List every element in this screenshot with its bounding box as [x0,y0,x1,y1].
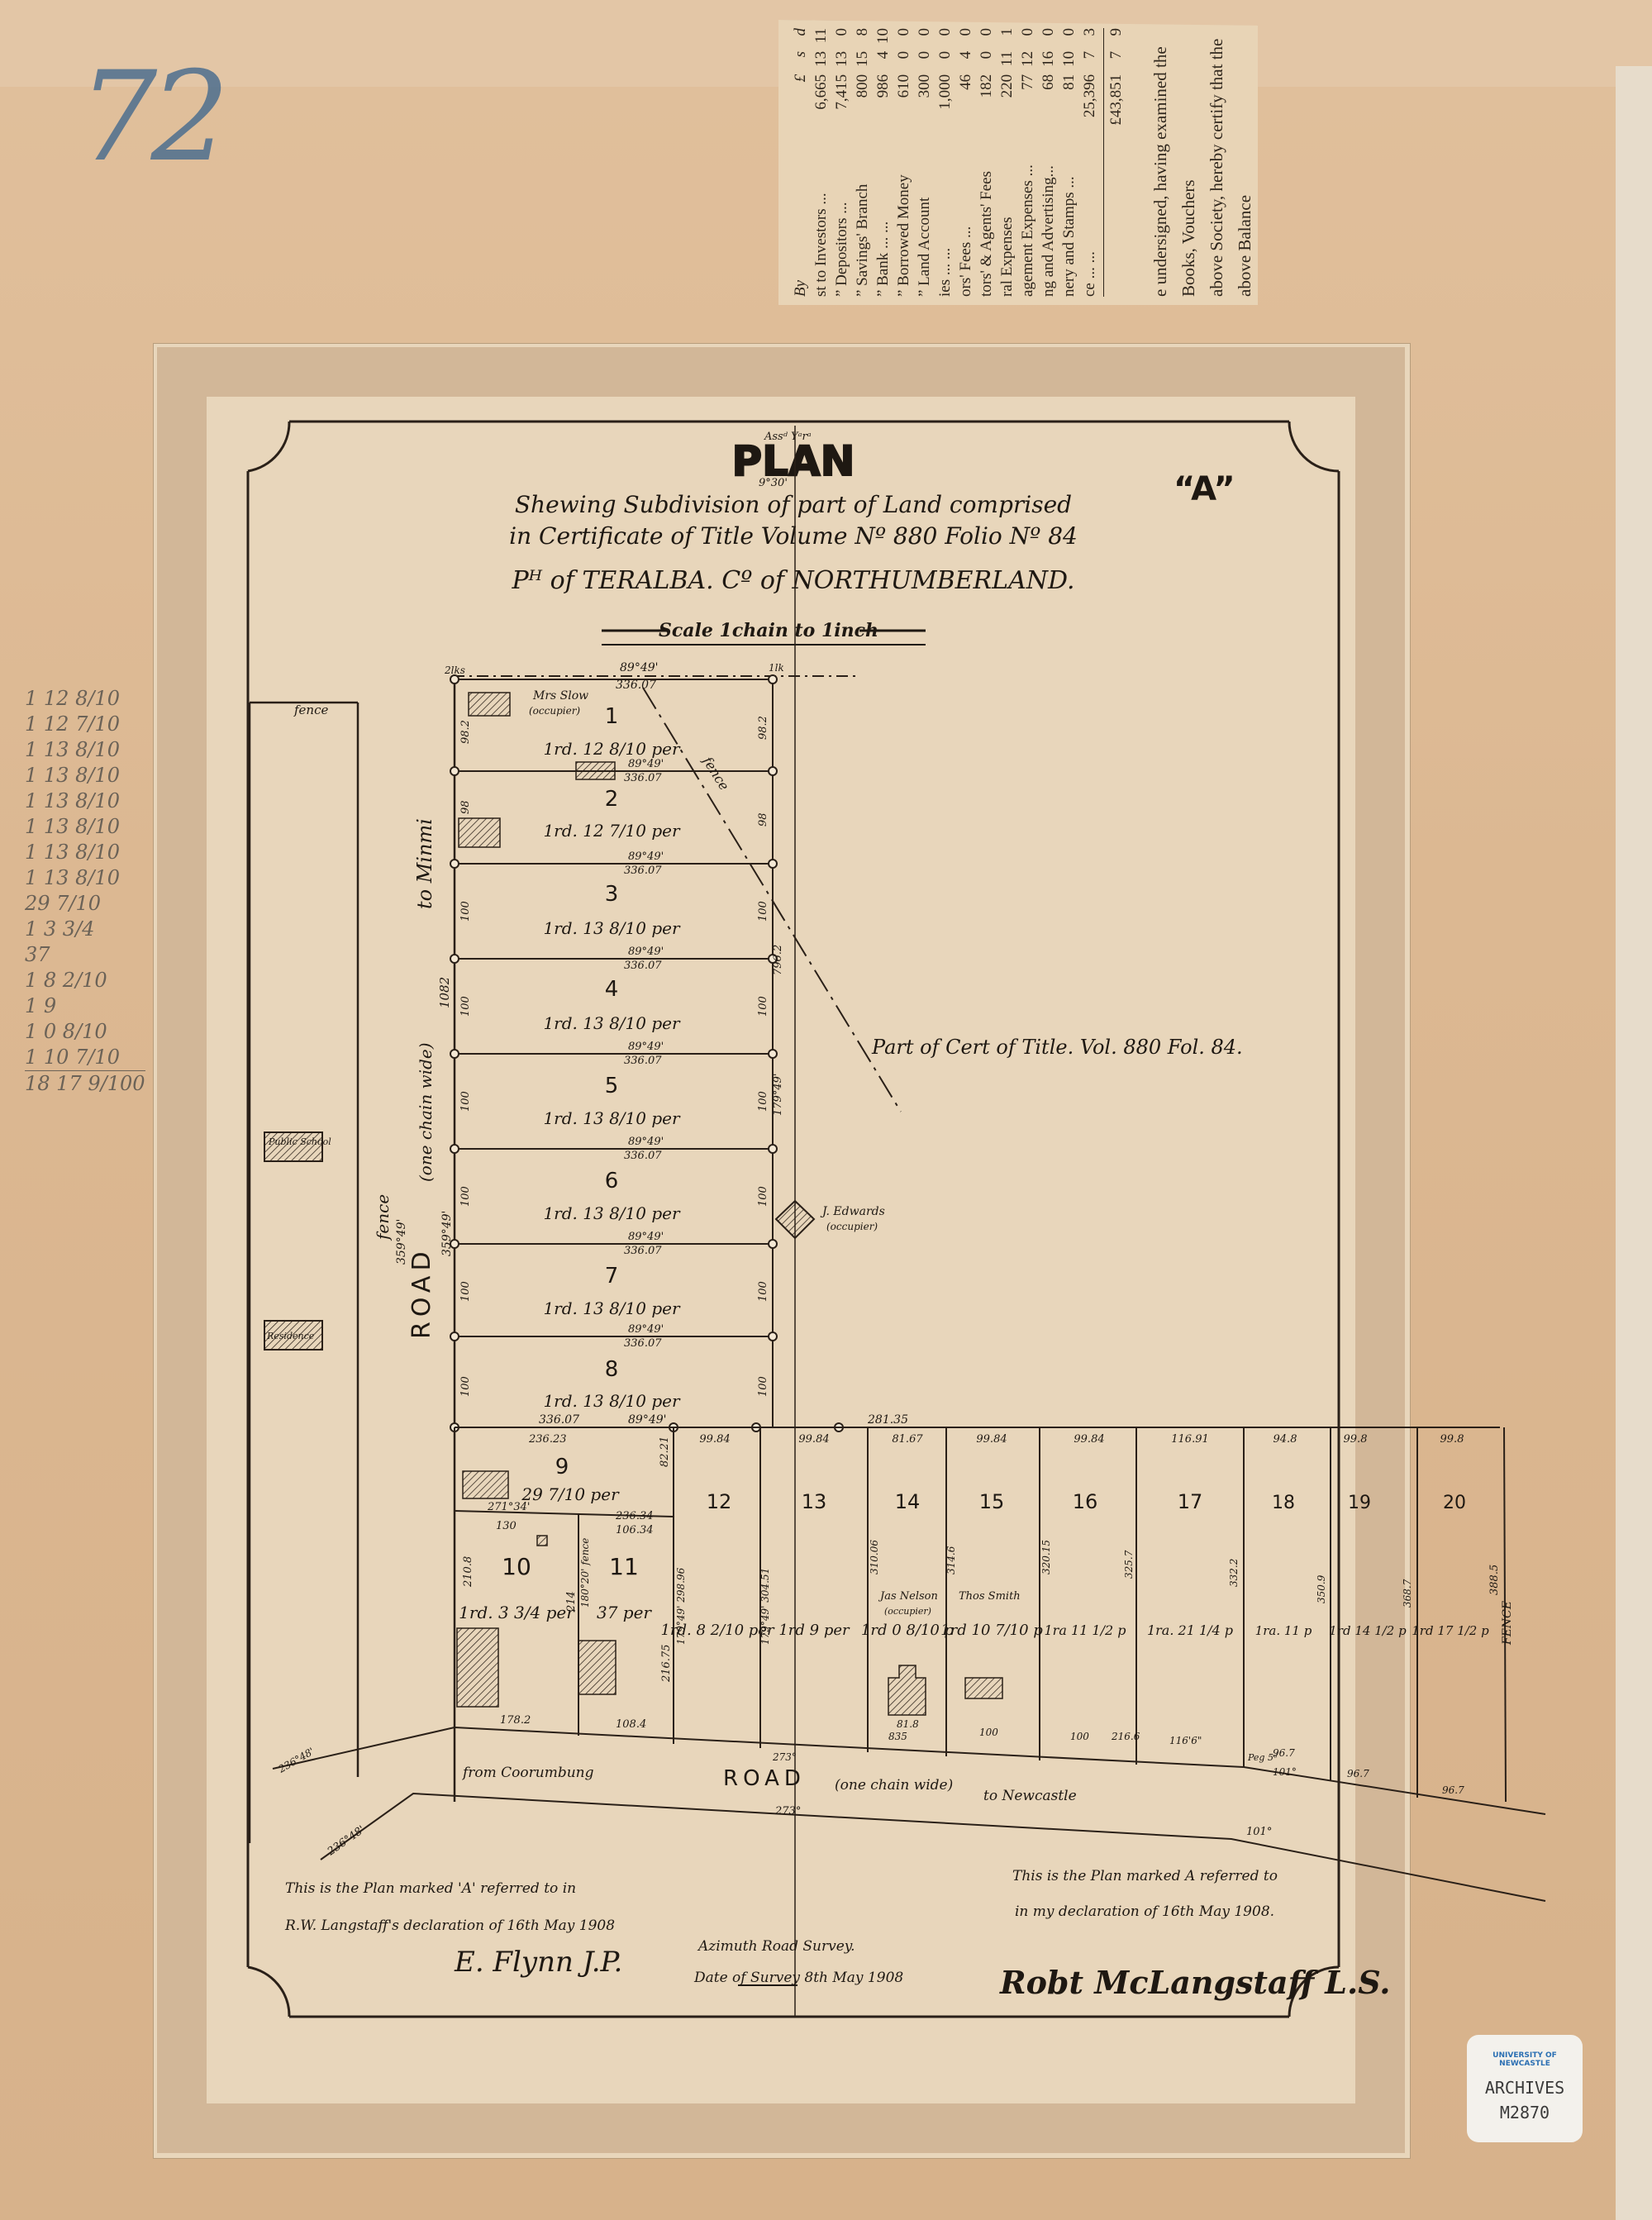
svg-text:100: 100 [757,1186,769,1207]
lot-20: 99.8 20 1rd 17 1/2 p 368.7 96.7 [1402,1433,1489,1796]
svg-text:89°49': 89°49' [628,1041,664,1053]
top-left-mark: 2lks [444,665,465,676]
svg-text:236.23: 236.23 [528,1433,567,1446]
declaration-right-2: in my declaration of 16th May 1908. [1015,1903,1274,1920]
west-road-width: (one chain wide) [416,1042,436,1182]
svg-text:100: 100 [757,1281,769,1302]
svg-text:1rd 14 1/2 p: 1rd 14 1/2 p [1329,1623,1407,1638]
svg-text:1ra 11 1/2 p: 1ra 11 1/2 p [1045,1622,1126,1638]
svg-text:Thos Smith: Thos Smith [959,1590,1021,1603]
svg-text:336.07: 336.07 [624,1055,662,1067]
svg-text:Public School: Public School [268,1136,331,1147]
occupant-mrs-slow: Mrs Slow [532,689,588,703]
corner-bearing-lower: 236°48' [325,1823,368,1858]
svg-text:310.06: 310.06 [869,1540,880,1574]
line-336: 336.07 [539,1413,579,1427]
svg-text:100: 100 [459,1281,472,1302]
declaration-right-1: This is the Plan marked A referred to [1012,1868,1278,1884]
south-road-to: to Newcastle [983,1788,1077,1804]
svg-text:20: 20 [1443,1493,1466,1513]
svg-text:(occupier): (occupier) [884,1606,931,1617]
lot-19: 99.8 19 1rd 14 1/2 p 350.9 96.7 [1316,1433,1407,1779]
svg-text:89°49': 89°49' [628,758,664,770]
lot-2: 2 1rd. 12 7/10 per [543,787,681,841]
svg-text:336.07: 336.07 [624,865,662,877]
line-835: 835 [888,1731,907,1742]
edwards-house [776,1201,814,1238]
lot-17: 116.91 17 1ra. 21 1/4 p 325.7 116'6" [1123,1433,1233,1746]
svg-text:29 7/10 per: 29 7/10 per [521,1484,620,1504]
subdivision-plan-drawing: PLAN Assᵈ Yᵃrᵃ 9°30' Shewing Subdivision… [0,0,1652,2220]
svg-text:100: 100 [757,1376,769,1397]
svg-text:98.2: 98.2 [757,716,769,740]
declaration-left-1: This is the Plan marked 'A' referred to … [285,1880,576,1897]
svg-text:1rd. 13 8/10 per: 1rd. 13 8/10 per [543,1203,681,1223]
svg-text:81.8: 81.8 [897,1718,919,1730]
svg-text:99.84: 99.84 [798,1433,829,1446]
declaration-left-2: R.W. Langstaff's declaration of 16th May… [284,1917,615,1934]
plan-subtitle-1: Shewing Subdivision of part of Land comp… [515,491,1072,518]
north-note: Assᵈ Yᵃrᵃ [764,431,812,443]
svg-text:89°49': 89°49' [628,946,664,958]
lot-6: 6 1rd. 13 8/10 per [543,1169,681,1223]
svg-text:11: 11 [609,1553,639,1580]
lot-4: 4 1rd. 13 8/10 per [543,977,681,1033]
svg-text:89°49': 89°49' [628,1413,666,1427]
svg-text:108.4: 108.4 [616,1718,646,1731]
svg-text:116.91: 116.91 [1171,1433,1209,1446]
svg-text:1ra. 21 1/4 p: 1ra. 21 1/4 p [1147,1622,1233,1638]
svg-text:100: 100 [1070,1731,1089,1742]
svg-text:19: 19 [1348,1493,1371,1513]
archive-collection: ARCHIVES [1467,2078,1583,2098]
svg-text:216.75: 216.75 [660,1645,673,1684]
west-fence-label: fence [293,703,328,717]
svg-text:96.7: 96.7 [1347,1768,1369,1779]
svg-text:15: 15 [979,1490,1005,1513]
west-fence-bearing: 359°49' [395,1219,408,1265]
svg-text:8: 8 [605,1357,619,1382]
svg-text:100: 100 [757,996,769,1017]
lot-5: 5 1rd. 13 8/10 per [543,1074,681,1128]
lot-11: 236.34 106.34 11 37 per 180°20' fence 21… [578,1510,673,1731]
west-road-direction: to Minmi [413,818,436,909]
west-road-label: ROAD [407,1246,436,1339]
svg-text:210.8: 210.8 [462,1556,474,1588]
svg-text:89°49': 89°49' [628,850,664,863]
svg-text:9: 9 [555,1455,569,1479]
svg-text:350.9: 350.9 [1316,1574,1327,1603]
svg-text:98.2: 98.2 [459,720,472,744]
svg-text:Residence: Residence [266,1331,315,1341]
svg-text:98: 98 [459,800,472,814]
line-281: 281.35 [867,1413,908,1427]
svg-text:1rd. 13 8/10 per: 1rd. 13 8/10 per [543,1391,681,1411]
south-road-label: ROAD [723,1766,806,1791]
south-road-from: from Coorumbung [461,1765,594,1781]
svg-text:178.2: 178.2 [500,1714,531,1727]
svg-text:89°49': 89°49' [628,1323,664,1336]
svg-text:99.84: 99.84 [1074,1433,1104,1446]
svg-text:99.8: 99.8 [1344,1433,1368,1446]
public-school-building: Public School [264,1132,331,1161]
svg-text:101°: 101° [1273,1766,1297,1778]
svg-text:100: 100 [459,1091,472,1112]
lot-10: 130 10 1rd. 3 3/4 per 210.8 214 178.2 [457,1520,578,1727]
residence-building: Residence [264,1321,322,1350]
lot-16: 99.84 16 1ra 11 1/2 p 320.15 100 216.6 [1040,1433,1140,1742]
svg-text:7: 7 [605,1264,619,1289]
svg-text:336.07: 336.07 [624,960,662,972]
svg-text:1ra. 11 p: 1ra. 11 p [1255,1623,1312,1638]
svg-text:1rd. 13 8/10 per: 1rd. 13 8/10 per [543,918,681,938]
svg-text:100: 100 [459,1186,472,1207]
west-road-bearing: 359°49' [440,1211,454,1256]
svg-text:89°49': 89°49' [628,1136,664,1148]
svg-text:Jas Nelson: Jas Nelson [878,1590,938,1603]
peg-5d: Peg 5ᵈ [1247,1752,1278,1763]
north-angle: 9°30' [759,477,788,489]
svg-text:116'6": 116'6" [1169,1735,1202,1746]
svg-text:100: 100 [757,901,769,922]
archive-label: UNIVERSITY OF NEWCASTLE ARCHIVES M2870 [1467,2035,1583,2142]
svg-text:16: 16 [1073,1490,1098,1513]
lot-15: 99.84 15 1rd 10 7/10 p 314.6 Thos Smith … [940,1433,1043,1738]
svg-text:336.07: 336.07 [624,772,662,784]
lot-3: 3 1rd. 13 8/10 per [543,882,681,938]
survey-date: Date of Survey 8th May 1908 [693,1970,903,1986]
top-right-mark: 1lk [769,662,784,674]
svg-text:179°49' 298.96: 179°49' 298.96 [675,1567,687,1645]
svg-text:(occupier): (occupier) [826,1221,878,1232]
svg-text:6: 6 [605,1169,619,1193]
svg-text:1rd 9 per: 1rd 9 per [778,1622,850,1639]
svg-text:100: 100 [459,1376,472,1397]
svg-text:320.15: 320.15 [1040,1540,1052,1574]
lot-18: 94.8 18 1ra. 11 p 332.2 96.7 Peg 5ᵈ [1228,1433,1312,1763]
surveyor-signature: Robt McLangstaff L.S. [999,1964,1391,2001]
svg-text:99.84: 99.84 [699,1433,730,1446]
svg-text:99.84: 99.84 [976,1433,1007,1446]
svg-text:2: 2 [605,787,619,812]
svg-text:89°49': 89°49' [628,1231,664,1243]
svg-text:180°20' fence: 180°20' fence [579,1538,591,1608]
south-road-bearing-east: 101° [1246,1826,1272,1838]
north-lot-side-lengths: 98.2 98.2 98 98 100 100 100 100 100 100 … [459,716,784,1397]
svg-text:4: 4 [605,977,619,1002]
plan-parish-county: Pᴴ of TERALBA. Cº of NORTHUMBERLAND. [511,566,1074,595]
svg-text:1rd. 12 8/10 per: 1rd. 12 8/10 per [543,739,681,759]
lot-7: 7 1rd. 13 8/10 per [543,1264,681,1318]
jp-signature: E. Flynn J.P. [454,1946,622,1979]
lot-9: 236.23 9 29 7/10 per 82.21 271°34' [463,1433,671,1513]
svg-text:82.21: 82.21 [659,1436,671,1467]
top-bearing: 89°49' [620,661,658,674]
lot-13: 99.84 13 1rd 9 per 179°49' 304.51 [759,1433,850,1645]
svg-text:336.07: 336.07 [624,1337,662,1350]
svg-text:18: 18 [1272,1493,1295,1513]
svg-text:14: 14 [895,1490,921,1513]
plan-title: PLAN [731,437,855,485]
svg-text:5: 5 [605,1074,619,1098]
occupant-j-edwards: J. Edwards [820,1205,885,1218]
svg-text:37 per: 37 per [597,1603,652,1622]
svg-text:1rd. 13 8/10 per: 1rd. 13 8/10 per [543,1013,681,1033]
plan-scale: Scale 1chain to 1inch [659,620,878,641]
certificate-of-title-note: Part of Cert of Title. Vol. 880 Fol. 84. [871,1036,1243,1059]
line-216: 216.6 [1111,1731,1140,1742]
svg-text:214: 214 [565,1591,578,1613]
svg-text:368.7: 368.7 [1402,1579,1413,1608]
plan-subtitle-2: in Certificate of Title Volume Nº 880 Fo… [509,522,1078,550]
svg-text:1rd. 12 7/10 per: 1rd. 12 7/10 per [543,821,681,841]
lot-14: 81.67 14 1rd 0 8/10 p 310.06 Jas Nelson … [861,1433,955,1730]
archive-institution: UNIVERSITY OF NEWCASTLE [1467,2051,1583,2068]
svg-text:96.7: 96.7 [1442,1784,1464,1796]
svg-text:17: 17 [1178,1490,1203,1513]
svg-text:100: 100 [757,1091,769,1112]
svg-text:314.6: 314.6 [945,1546,957,1574]
archive-reference: M2870 [1467,2103,1583,2122]
svg-text:332.2: 332.2 [1228,1559,1240,1587]
west-road-length: 1082 [437,977,452,1008]
svg-text:273°: 273° [772,1751,797,1763]
survey-type: Azimuth Road Survey. [697,1938,855,1955]
south-road-width: (one chain wide) [835,1777,953,1794]
svg-text:236.34: 236.34 [615,1510,654,1522]
svg-text:1rd 10 7/10 p: 1rd 10 7/10 p [940,1622,1043,1639]
svg-text:179°49' 304.51: 179°49' 304.51 [759,1568,771,1645]
svg-text:100: 100 [459,901,472,922]
svg-text:1rd. 3 3/4 per: 1rd. 3 3/4 per [459,1603,575,1622]
svg-text:1: 1 [605,704,619,729]
svg-text:336.07: 336.07 [624,1245,662,1257]
svg-text:100: 100 [459,996,472,1017]
svg-text:94.8: 94.8 [1274,1433,1297,1446]
west-fence-vertical: fence [373,1194,393,1241]
east-fence-length: 388.5 [1488,1565,1501,1595]
svg-text:100: 100 [979,1727,998,1738]
east-fence-label: FENCE [1501,1601,1514,1646]
top-length: 336.07 [616,679,656,692]
lot-8: 8 1rd. 13 8/10 per [543,1357,681,1411]
plan-marker-a: “A” [1174,470,1235,508]
svg-text:796.2: 796.2 [772,945,784,975]
svg-text:12: 12 [707,1490,732,1513]
svg-text:1rd. 13 8/10 per: 1rd. 13 8/10 per [543,1108,681,1128]
svg-text:1rd. 13 8/10 per: 1rd. 13 8/10 per [543,1298,681,1318]
lot-12: 99.84 12 1rd. 8 2/10 per 179°49' 298.96 [660,1433,775,1645]
svg-text:81.67: 81.67 [892,1433,923,1446]
svg-text:271°34': 271°34' [487,1501,530,1513]
svg-text:98: 98 [757,812,769,827]
svg-text:179°49': 179°49' [772,1074,784,1116]
svg-text:99.8: 99.8 [1440,1433,1464,1446]
svg-text:325.7: 325.7 [1123,1550,1135,1579]
svg-text:3: 3 [605,882,619,907]
svg-text:336.07: 336.07 [624,1150,662,1162]
svg-text:130: 130 [496,1520,517,1532]
svg-text:106.34: 106.34 [616,1524,654,1536]
svg-text:10: 10 [502,1553,531,1580]
south-road-bearing: 273° [774,1805,801,1817]
svg-text:1rd 17 1/2 p: 1rd 17 1/2 p [1412,1623,1489,1638]
svg-text:(occupier): (occupier) [529,705,580,717]
svg-text:13: 13 [802,1490,827,1513]
